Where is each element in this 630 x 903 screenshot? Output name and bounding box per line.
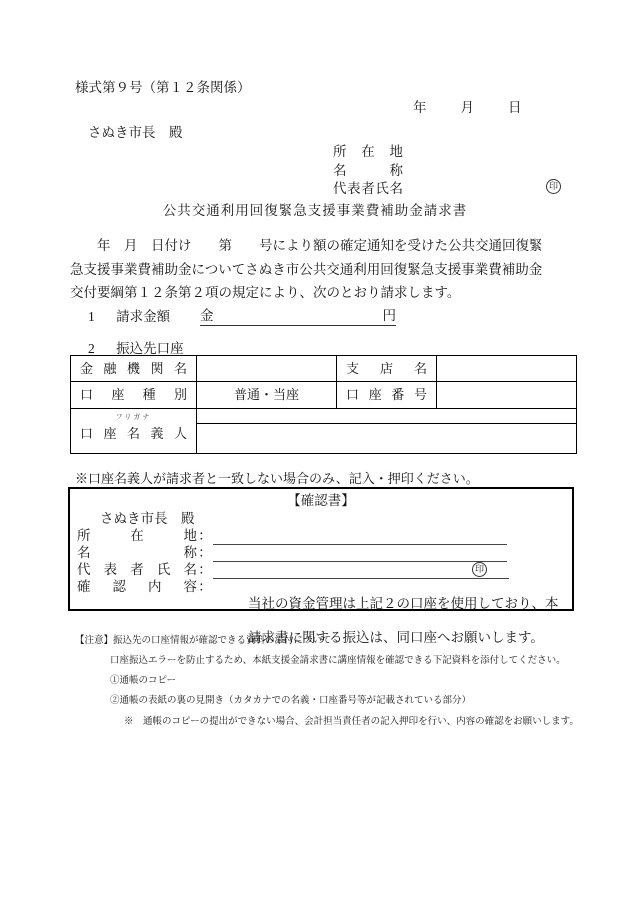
branch-name-label: 支店名 [337,356,437,382]
account-type-value: 普通・当座 [197,382,337,409]
bank-name-label: 金融機関名 [71,356,197,382]
confirmation-address-label: 所在地 [77,527,197,545]
notes-item2: ②通帳の表紙の裏の見開き（カタカナでの名義・口座番号等が記載されている部分） [110,695,471,707]
account-holder-field [197,409,576,454]
furigana-label: フリガナ [71,412,196,422]
notes-line1: 口座振込エラーを防止するため、本紙支援金請求書に講座情報を確認できる下記資料を添… [110,655,566,667]
branch-name-field [437,356,576,382]
confirmation-box: 【確認書】 さぬき市長 殿 所在地 ： 名称 ： 代表者氏名 ： 印 確認内容 … [68,487,574,611]
addressee: さぬき市長 殿 [88,124,183,142]
applicant-representative-label: 代表者氏名 [333,180,403,199]
notes-heading: 【注意】振込先の口座情報が確認できる資料の添付について [75,635,331,647]
date-day-label: 日 [508,99,522,117]
account-holder-label: 口座名義人 [80,427,187,441]
amount-fill-line: 金 円 [200,304,396,326]
body-paragraph: 年 月 日付け 第 号により額の確定通知を受けた公共交通回復緊 急支援事業費補助… [70,234,543,305]
colon: ： [197,544,213,562]
body-line: 交付要綱第１２条第２項の規定により、次のとおり請求します。 [70,281,543,305]
confirmation-content-row: 確認内容 ： 当社の資金管理は上記２の口座を使用しており、本 請求書に関する振込… [77,578,569,663]
confirmation-addressee: さぬき市長 殿 [100,510,195,528]
date-line: 年 月 日 [413,99,522,117]
confirmation-representative-row: 代表者氏名 ： 印 [77,561,509,579]
seal-icon: 印 [546,179,561,194]
confirmation-title: 【確認書】 [70,492,572,510]
amount-prefix: 金 [200,307,214,325]
amount-suffix: 円 [383,307,397,325]
colon: ： [197,561,213,579]
item2-label: 振込先口座 [116,341,184,356]
furigana-divider [197,423,576,424]
account-type-label: 口座種別 [71,382,197,409]
document-page: 様式第９号（第１２条関係） 年 月 日 さぬき市長 殿 所在地 名称 代表者氏名… [0,0,630,903]
account-number-field [437,382,576,409]
body-line: 急支援事業費補助金についてさぬき市公共交通利用回復緊急支援事業費補助金 [70,258,543,282]
confirmation-name-label: 名称 [77,544,197,562]
bank-name-field [197,356,337,382]
account-number-label: 口座番号 [337,382,437,409]
item2-number: 2 [88,341,95,356]
colon: ： [197,527,213,545]
bank-account-table: 金融機関名 支店名 口座種別 普通・当座 口座番号 フリガナ 口座名義人 [70,355,577,454]
confirmation-content-line1: 当社の資金管理は上記２の口座を使用しており、本 [248,596,559,611]
item1-number: 1 [88,309,95,324]
seal-icon: 印 [472,562,487,577]
colon: ： [197,578,213,595]
notes-footnote: ※ 通帳のコピーの提出ができない場合、会計担当責任者の記入押印を行い、内容の確認… [124,716,579,728]
applicant-block: 所在地 名称 代表者氏名 [333,143,403,199]
body-line: 年 月 日付け 第 号により額の確定通知を受けた公共交通回復緊 [70,234,543,258]
confirmation-content-text: 当社の資金管理は上記２の口座を使用しており、本 請求書に関する振込は、同口座へお… [213,578,559,663]
confirmation-name-row: 名称 ： [77,544,507,562]
item1-heading: 1 請求金額 [88,308,170,326]
confirmation-content-label: 確認内容 [77,578,197,595]
date-year-label: 年 [413,99,427,117]
account-holder-label-cell: フリガナ 口座名義人 [71,409,197,454]
form-number: 様式第９号（第１２条関係） [75,79,251,97]
confirmation-address-fill-line [213,529,507,545]
applicant-address-label: 所在地 [333,143,403,162]
confirmation-name-fill-line [213,546,507,562]
confirmation-address-row: 所在地 ： [77,527,507,545]
applicant-name-label: 名称 [333,162,403,181]
confirmation-representative-fill-line: 印 [213,563,509,579]
document-title: 公共交通利用回復緊急支援事業費補助金請求書 [0,202,630,220]
seal-note: ※口座名義人が請求者と一致しない場合のみ、記入・押印ください。 [75,468,479,487]
date-month-label: 月 [461,99,475,117]
item1-label: 請求金額 [116,309,170,324]
notes-item1: ①通帳のコピー [110,675,176,687]
confirmation-representative-label: 代表者氏名 [77,561,197,579]
